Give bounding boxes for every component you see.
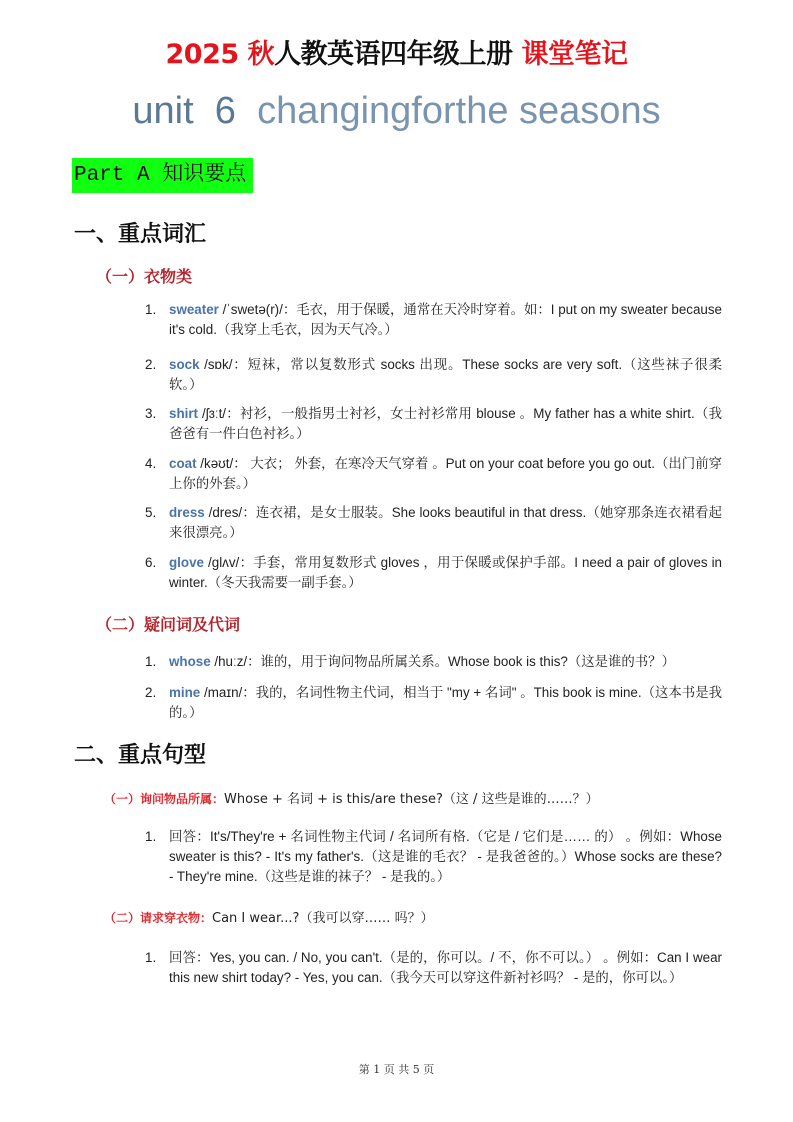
unit-heading: unit 6 changingforthe seasons [0,86,793,136]
page-number: 第 1 页 共 5 页 [0,1061,793,1077]
title-year: 2025 秋 [166,39,275,70]
vocab-word: coat [169,456,197,471]
pattern-item: 1. 回答：Yes, you can. / No, you can't.（是的，… [145,948,722,988]
vocab-item: 3. shirt /ʃɜːt/：衬衫，一般指男士衬衫，女士衬衫常用 blouse… [145,404,722,444]
pattern-text: Whose + 名词 + is this/are these?（这 / 这些是谁… [224,792,599,807]
vocab-word: dress [169,505,205,520]
unit-title: changingforthe seasons [257,90,661,132]
pattern-label: （一）询问物品所属： [104,792,224,806]
title-main: 人教英语四年级上册 [274,39,513,70]
section-heading-sentence-patterns: 二、重点句型 [74,738,206,769]
pattern-label: （二）请求穿衣物： [104,911,212,925]
vocab-item: 2. mine /maɪn/：我的，名词性物主代词，相当于 "my + 名词" … [145,683,722,723]
pattern-heading-ownership: （一）询问物品所属：Whose + 名词 + is this/are these… [104,788,599,807]
subsection-heading-pronouns: （二）疑问词及代词 [96,612,240,635]
vocab-word: glove [169,555,204,570]
pattern-item: 1. 回答：It's/They're + 名词性物主代词 / 名词所有格.（它是… [145,827,722,887]
vocab-item: 1. sweater /ˈswetə(r)/：毛衣，用于保暖，通常在天冷时穿着。… [145,300,722,340]
vocab-word: mine [169,685,200,700]
vocab-item: 5. dress /dres/：连衣裙，是女士服装。She looks beau… [145,503,722,543]
part-a-banner: Part A 知识要点 [72,158,253,193]
section-heading-vocabulary: 一、重点词汇 [74,217,206,248]
vocab-item: 4. coat /kəʊt/： 大衣； 外套，在寒冷天气穿着 。Put on y… [145,454,722,494]
subsection-heading-clothing: （一）衣物类 [96,264,192,287]
vocab-word: sweater [169,302,219,317]
unit-label: unit 6 [132,90,236,132]
pattern-heading-request: （二）请求穿衣物：Can I wear...?（我可以穿…… 吗？） [104,907,434,926]
vocab-item: 1. whose /huːz/：谁的，用于询问物品所属关系。Whose book… [145,652,722,672]
vocab-word: whose [169,654,211,669]
vocab-item: 6. glove /glʌv/：手套，常用复数形式 gloves ，用于保暖或保… [145,553,722,593]
title-notes: 课堂笔记 [521,39,627,70]
vocab-word: shirt [169,406,198,421]
vocab-word: sock [169,357,200,372]
document-title: 2025 秋人教英语四年级上册 课堂笔记 [0,36,793,74]
pattern-text: Can I wear...?（我可以穿…… 吗？） [212,911,434,926]
vocab-item: 2. sock /sɒk/：短袜，常以复数形式 socks 出现。These s… [145,355,722,395]
